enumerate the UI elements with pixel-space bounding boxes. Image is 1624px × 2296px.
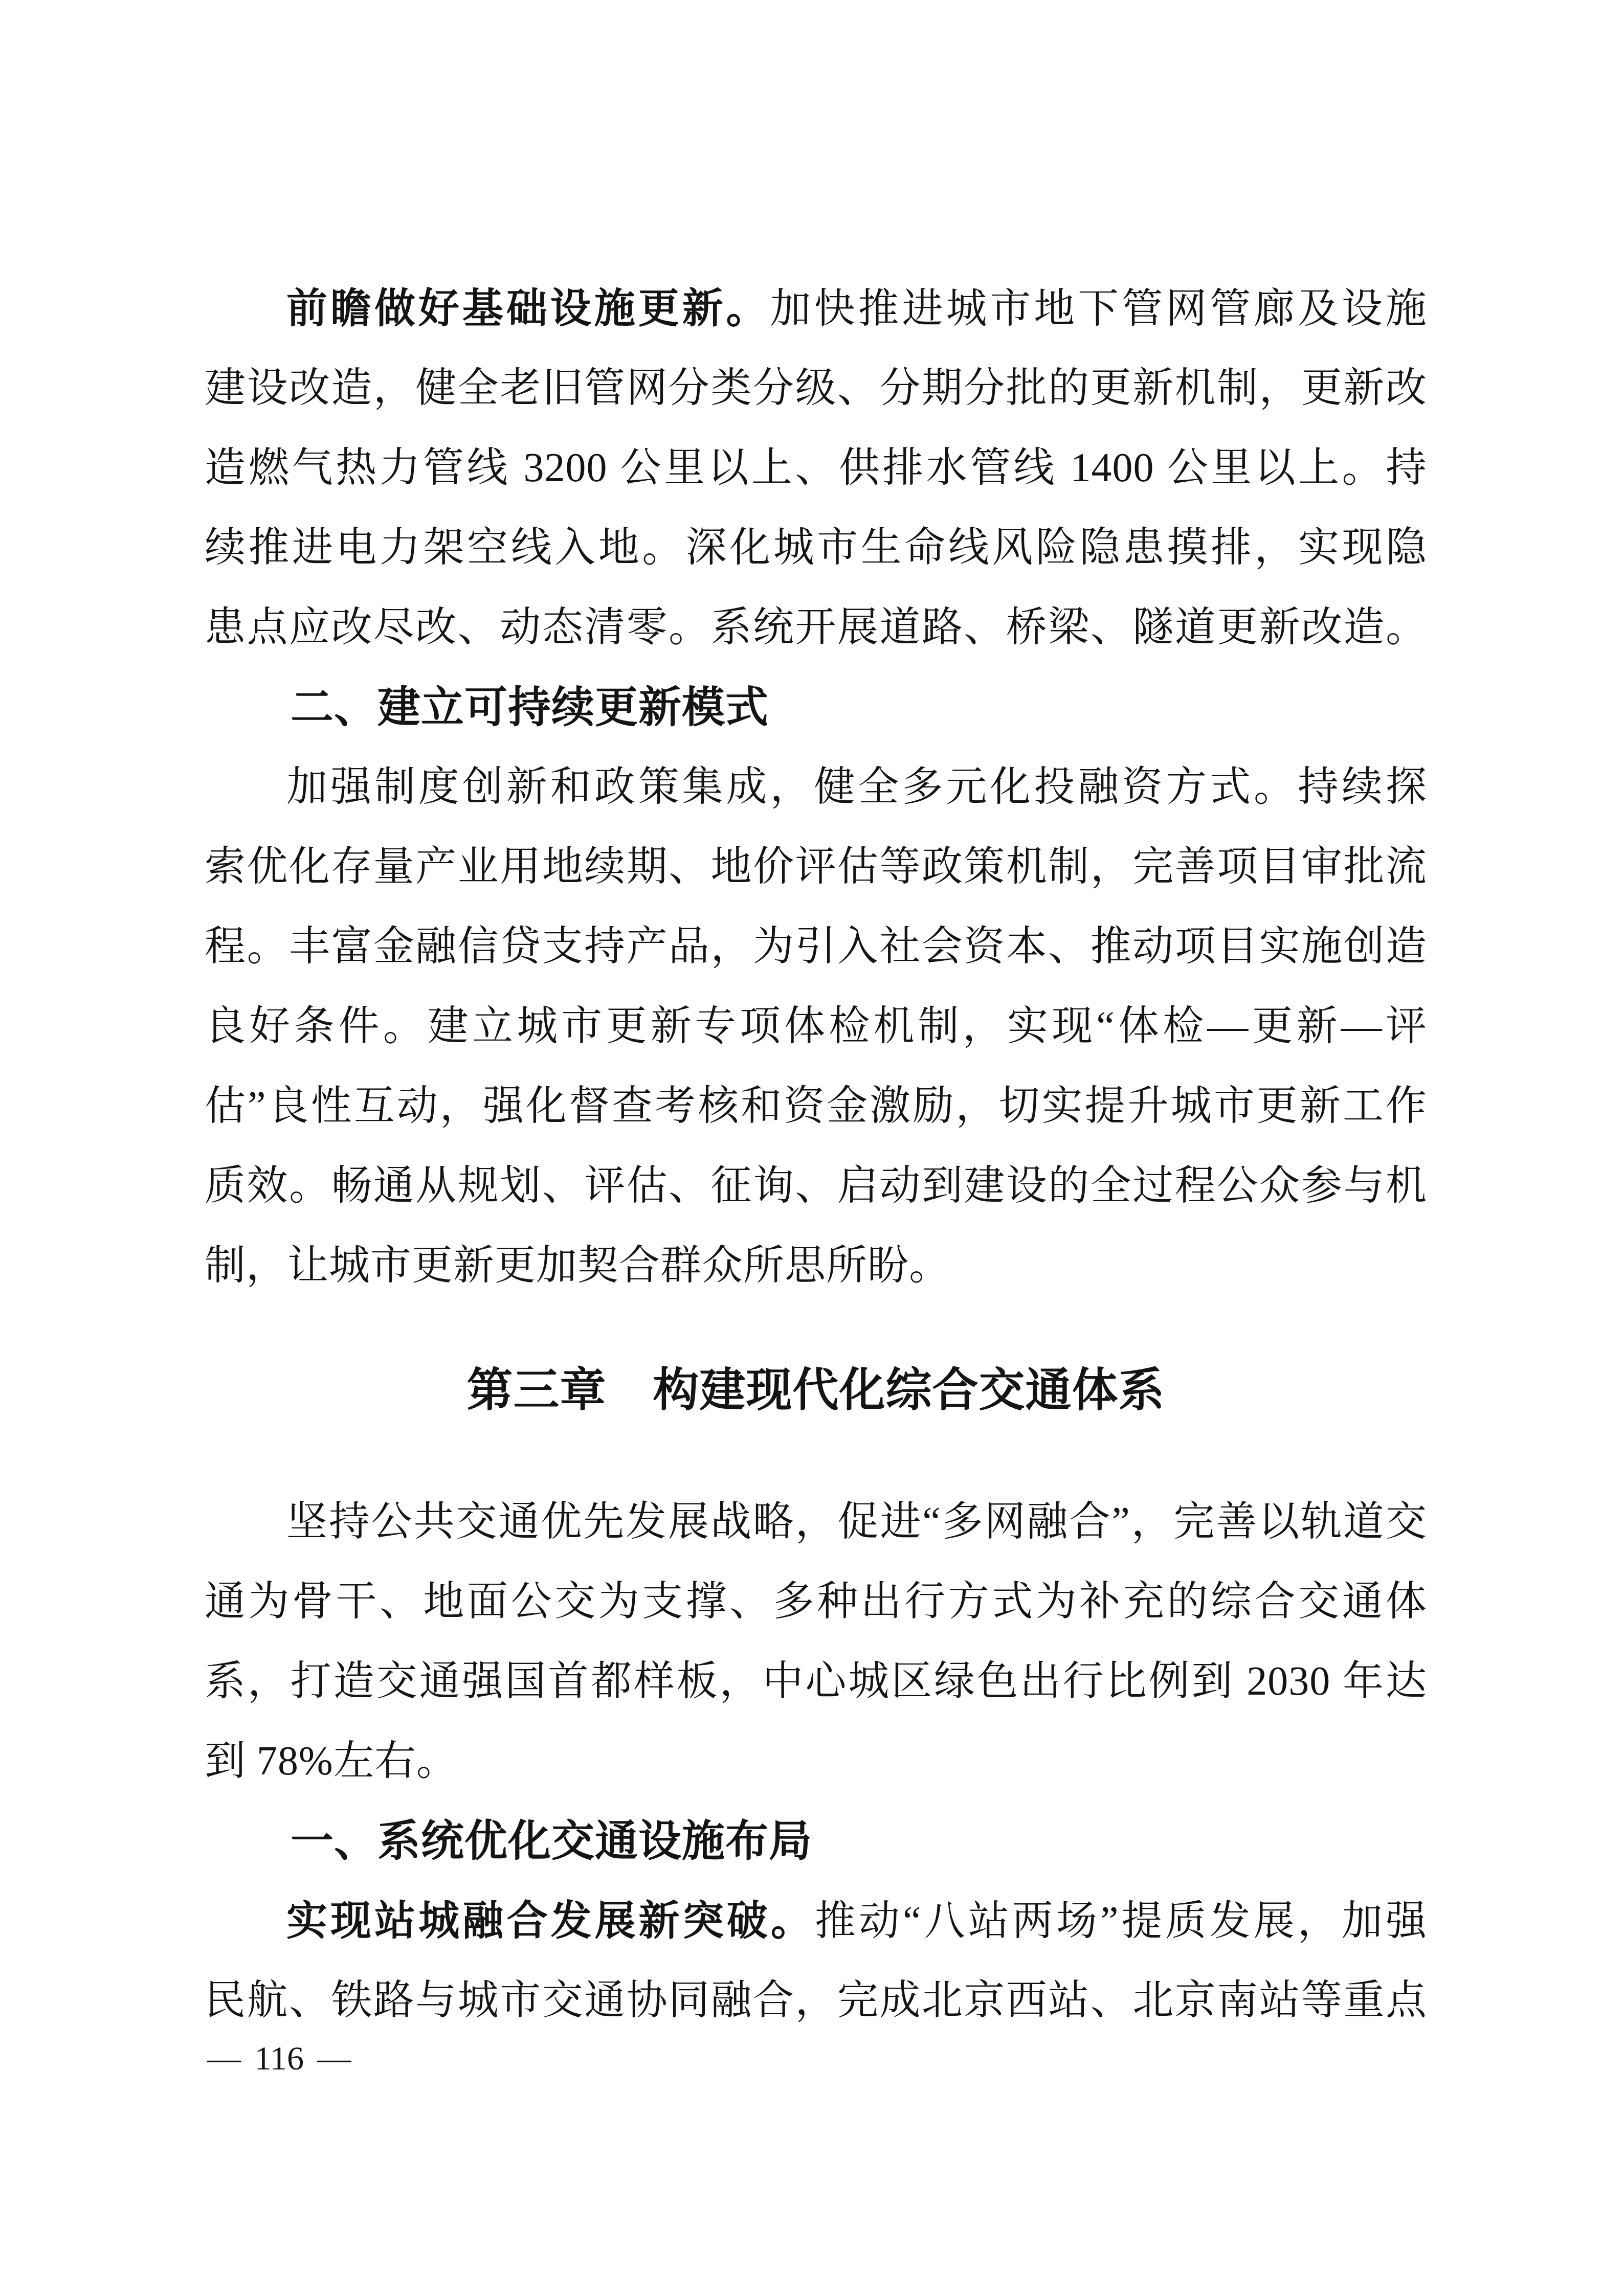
body-line: 系，打造交通强国首都样板，中心城区绿色出行比例到 2030 年达 <box>205 1641 1427 1721</box>
body-line: 制，让城市更新更加契合群众所思所盼。 <box>205 1226 1427 1305</box>
text-run: 患点应改尽改、动态清零。系统开展道路、桥梁、隧道更新改造。 <box>205 605 1427 650</box>
body-line: 建设改造，健全老旧管网分类分级、分期分批的更新机制，更新改 <box>205 348 1427 428</box>
page-number: — 116 — <box>207 2040 351 2077</box>
body-line: 续推进电力架空线入地。深化城市生命线风险隐患摸排，实现隐 <box>205 508 1427 588</box>
text-run: 续推进电力架空线入地。深化城市生命线风险隐患摸排，实现隐 <box>205 525 1427 570</box>
page-footer: — 116 — <box>207 2034 351 2083</box>
text-run: 系，打造交通强国首都样板，中心城区绿色出行比例到 2030 年达 <box>205 1659 1427 1704</box>
text-run: 民航、铁路与城市交通协同融合，完成北京西站、北京南站等重点 <box>205 1978 1427 2023</box>
body-line: 质效。畅通从规划、评估、征询、启动到建设的全过程公众参与机 <box>205 1146 1427 1226</box>
text-run: 良好条件。建立城市更新专项体检机制，实现“体检—更新—评 <box>205 1004 1427 1049</box>
text-run: 通为骨干、地面公交为支撑、多种出行方式为补充的综合交通体 <box>205 1579 1427 1624</box>
body-line: 实现站城融合发展新突破。推动“八站两场”提质发展，加强 <box>205 1881 1427 1961</box>
body-line: 索优化存量产业用地续期、地价评估等政策机制，完善项目审批流 <box>205 827 1427 907</box>
section-heading: 二、建立可持续更新模式 <box>205 667 1427 747</box>
chapter-heading: 第三章 构建现代化综合交通体系 <box>205 1350 1427 1430</box>
body-line: 加强制度创新和政策集成，健全多元化投融资方式。持续探 <box>205 747 1427 827</box>
text-run: 制，让城市更新更加契合群众所思所盼。 <box>205 1243 950 1288</box>
body-line: 民航、铁路与城市交通协同融合，完成北京西站、北京南站等重点 <box>205 1961 1427 2040</box>
body-line: 造燃气热力管线 3200 公里以上、供排水管线 1400 公里以上。持 <box>205 428 1427 508</box>
page: 前瞻做好基础设施更新。加快推进城市地下管网管廊及设施建设改造，健全老旧管网分类分… <box>0 0 1624 2296</box>
body-line: 到 78%左右。 <box>205 1721 1427 1801</box>
body-line: 估”良性互动，强化督查考核和资金激励，切实提升城市更新工作 <box>205 1066 1427 1146</box>
text-run: 加快推进城市地下管网管廊及设施 <box>770 286 1427 331</box>
bold-text-run: 一、系统优化交通设施布局 <box>291 1817 812 1865</box>
bold-text-run: 第三章 构建现代化综合交通体系 <box>467 1365 1165 1416</box>
text-run: 建设改造，健全老旧管网分类分级、分期分批的更新机制，更新改 <box>205 366 1427 411</box>
bold-text-run: 实现站城融合发展新突破。 <box>286 1898 815 1943</box>
text-run: 推动“八站两场”提质发展，加强 <box>815 1899 1427 1944</box>
text-run: 程。丰富金融信贷支持产品，为引入社会资本、推动项目实施创造 <box>205 924 1427 969</box>
body-line: 前瞻做好基础设施更新。加快推进城市地下管网管廊及设施 <box>205 268 1427 348</box>
body-line: 良好条件。建立城市更新专项体检机制，实现“体检—更新—评 <box>205 986 1427 1066</box>
text-run: 到 78%左右。 <box>205 1739 458 1784</box>
text-run: 加强制度创新和政策集成，健全多元化投融资方式。持续探 <box>286 764 1427 809</box>
body-line: 程。丰富金融信贷支持产品，为引入社会资本、推动项目实施创造 <box>205 907 1427 986</box>
text-run: 坚持公共交通优先发展战略，促进“多网融合”，完善以轨道交 <box>286 1499 1427 1544</box>
body-line: 通为骨干、地面公交为支撑、多种出行方式为补充的综合交通体 <box>205 1562 1427 1641</box>
bold-text-run: 前瞻做好基础设施更新。 <box>286 285 770 331</box>
bold-text-run: 二、建立可持续更新模式 <box>291 683 769 731</box>
text-run: 索优化存量产业用地续期、地价评估等政策机制，完善项目审批流 <box>205 844 1427 889</box>
body-line: 患点应改尽改、动态清零。系统开展道路、桥梁、隧道更新改造。 <box>205 588 1427 667</box>
text-run: 估”良性互动，强化督查考核和资金激励，切实提升城市更新工作 <box>205 1084 1427 1129</box>
section-heading: 一、系统优化交通设施布局 <box>205 1801 1427 1881</box>
text-run: 质效。畅通从规划、评估、征询、启动到建设的全过程公众参与机 <box>205 1163 1427 1208</box>
text-run: 造燃气热力管线 3200 公里以上、供排水管线 1400 公里以上。持 <box>205 445 1427 490</box>
body-line: 坚持公共交通优先发展战略，促进“多网融合”，完善以轨道交 <box>205 1482 1427 1562</box>
document-body: 前瞻做好基础设施更新。加快推进城市地下管网管廊及设施建设改造，健全老旧管网分类分… <box>205 268 1427 2040</box>
